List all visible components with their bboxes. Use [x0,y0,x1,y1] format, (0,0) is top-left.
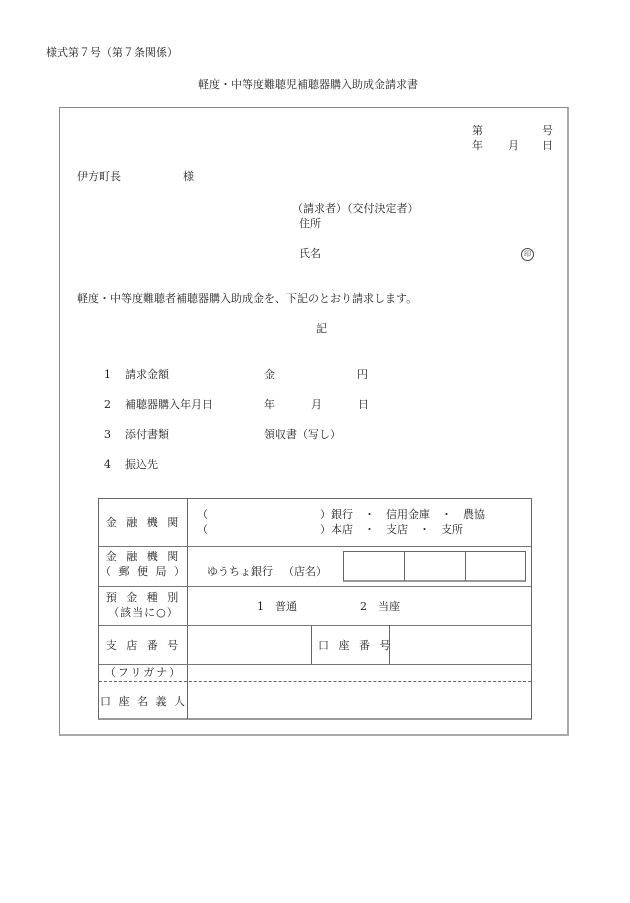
item-1-kin: 金 [264,368,275,381]
item-3-number: 3 [104,428,111,441]
branch-name-open: （ [197,523,208,536]
date-day: 日 [542,139,553,152]
name-label: 氏名 [299,247,321,260]
item-3-value: 領収書（写し） [264,428,341,441]
digit-box-divider [465,552,466,581]
item-2-year: 年 [264,398,275,411]
item-1-number: 1 [104,368,111,381]
item-2-day: 日 [358,398,369,411]
furigana-label: （フリガナ） [99,666,188,680]
request-statement: 軽度・中等度難聴者補聴器購入助成金を、下記のとおり請求します。 [77,292,417,305]
deposit-type-label-2: （該当に○） [99,606,188,620]
branch-number-label: 支 店 番 号 [99,639,188,653]
item-4-label: 振込先 [125,458,158,471]
row-divider [99,586,531,587]
item-4-number: 4 [104,458,111,471]
addressee-name: 伊方町長 [77,170,121,183]
item-1-label: 請求金額 [125,368,169,381]
furigana-dashed-divider [99,681,531,682]
form-number: 様式第７号（第７条関係） [46,46,178,59]
ki-heading: 記 [316,322,327,335]
item-3-label: 添付書類 [125,428,169,441]
bank-type-options[interactable]: ）銀行 ・ 信用金庫 ・ 農協 [320,508,485,521]
address-label: 住所 [299,217,321,230]
row-divider [99,664,531,665]
item-2-month: 月 [311,398,322,411]
branch-type-options[interactable]: ）本店 ・ 支店 ・ 支所 [320,523,463,536]
postal-institution-label-2: （ 郵 便 局 ） [99,565,188,579]
account-number-label: 口 座 番 号 [318,639,394,652]
financial-institution-label: 金 融 機 関 [99,516,188,530]
deposit-type-label-1: 預 金 種 別 [99,591,188,605]
item-1-yen: 円 [357,368,368,381]
row-divider [99,625,531,626]
deposit-type-current[interactable]: 2 当座 [360,600,400,613]
page-title: 軽度・中等度難聴児補聴器購入助成金請求書 [198,78,418,91]
branch-name-label: （店名） [283,565,327,578]
item-2-label: 補聴器購入年月日 [125,398,213,411]
account-label-divider-left [311,625,312,664]
seal-icon: 印 [521,248,534,261]
digit-box-divider [404,552,405,581]
date-year: 年 [472,139,483,152]
applicant-role-label: （請求者）（交付決定者） [292,202,419,215]
deposit-type-ordinary[interactable]: 1 普通 [257,600,297,613]
bank-transfer-table: 金 融 機 関 （ ）銀行 ・ 信用金庫 ・ 農協 （ ）本店 ・ 支店 ・ 支… [98,498,532,720]
bank-name-open: （ [197,508,208,521]
addressee-honorific: 様 [183,170,194,183]
row-divider [99,546,531,547]
number-suffix: 号 [542,124,553,137]
number-prefix: 第 [472,124,483,137]
seal-mark: 印 [521,246,534,261]
postal-institution-label-1: 金 融 機 関 [99,550,188,564]
yucho-bank-name: ゆうちょ銀行 [207,565,273,578]
item-2-number: 2 [104,398,111,411]
account-holder-label: 口 座 名 義 人 [99,695,188,709]
date-month: 月 [508,139,519,152]
yucho-branch-code-boxes [343,551,526,582]
